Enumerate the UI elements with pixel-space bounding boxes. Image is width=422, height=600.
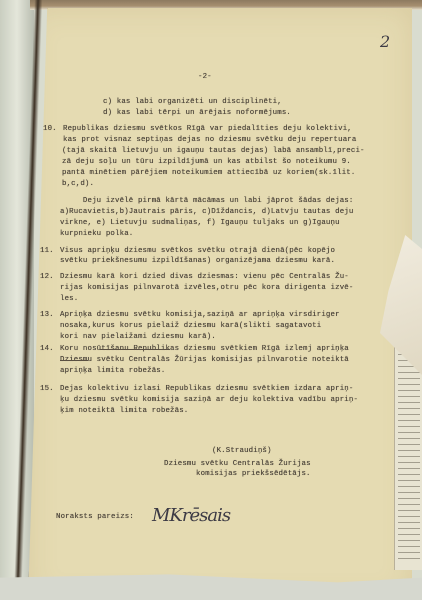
item-14-line-3: apriņķa limita robežās. — [60, 366, 165, 376]
item-number-14: 14. — [40, 344, 54, 354]
handwritten-signature: MKrēsais — [152, 505, 230, 526]
typed-page-number: -2- — [198, 72, 212, 82]
item-number-12: 12. — [40, 272, 54, 282]
dances-line-1: Deju izvēlē pirmā kārtā mācāmas un labi … — [60, 196, 353, 206]
item-10-line-3: (tajā skaitā lietuvju un igauņu tautas d… — [62, 146, 365, 156]
item-12-line-3: les. — [60, 294, 78, 304]
item-10-line-4: zā deju soļu un tūru izpildījumā un kas … — [62, 157, 351, 167]
list-item-d: d) kas labi tērpi un ārējais noformējums… — [103, 108, 291, 118]
item-number-15: 15. — [40, 384, 54, 394]
signatory-name: (K.Straudiņš) — [212, 446, 272, 456]
item-11-line-1: Visus apriņķu dziesmu svētkos svētku otr… — [60, 246, 335, 256]
handwritten-page-number: 2 — [380, 32, 390, 51]
item-12-line-1: Dziesmu karā kori dzied divas dziesmas: … — [60, 272, 349, 282]
dances-line-3: virkne, e) Lietuvju sudmaliņas, f) Igauņ… — [60, 218, 340, 228]
item-number-10: 10. — [43, 124, 57, 134]
item-14-line-2: Dziesmu svētku Centralās Žūrijas komisij… — [60, 355, 349, 365]
item-10-line-6: b,c,d). — [62, 179, 94, 189]
item-13-line-2: nosaka,kurus korus pielaiž dziesmu karā(… — [60, 321, 321, 331]
item-10-line-1: Republikas dziesmu svētkos Rīgā var pied… — [63, 124, 352, 134]
item-15-line-3: ķim noteiktā limita robežās. — [60, 406, 188, 416]
item-number-11: 11. — [40, 246, 54, 256]
item-10-line-5: pantā minētiem pārējiem noteikumiem atti… — [62, 168, 355, 178]
list-item-c: c) kas labi organizēti un disciplinēti, — [103, 97, 282, 107]
dances-line-2: a)Rucavietis,b)Jautrais pāris, c)Dīždanc… — [60, 207, 353, 217]
item-12-line-2: rijas komisijas pilnvarotā izvēles,otru … — [60, 283, 353, 293]
item-10-line-2: kas prot visnaz septiņas dejas no dziesm… — [63, 135, 356, 145]
strikethrough-mark — [60, 360, 88, 361]
item-15-line-1: Dejas kolektivu izlasi Republikas dziesm… — [60, 384, 353, 394]
item-13-line-1: Apriņķa dziesmu svētku komisija,saziņā a… — [60, 310, 340, 320]
item-11-line-2: svētku priekšnesumu izpildīšanas) organi… — [60, 256, 335, 266]
item-13-line-3: kori nav pielaižami dziesmu karā). — [60, 332, 216, 342]
certification-label: Noraksts pareizs: — [56, 512, 134, 522]
strikethrough-mark — [100, 349, 170, 350]
signatory-title-line-2: komisijas priekšsēdētājs. — [196, 469, 311, 479]
item-15-line-2: ķu dziesmu svētku komisija saziņā ar dej… — [60, 395, 358, 405]
item-number-13: 13. — [40, 310, 54, 320]
signatory-title-line-1: Dziesmu svētku Centralās Žurijas — [164, 459, 311, 469]
dances-line-4: kurpnieku polka. — [60, 229, 133, 239]
